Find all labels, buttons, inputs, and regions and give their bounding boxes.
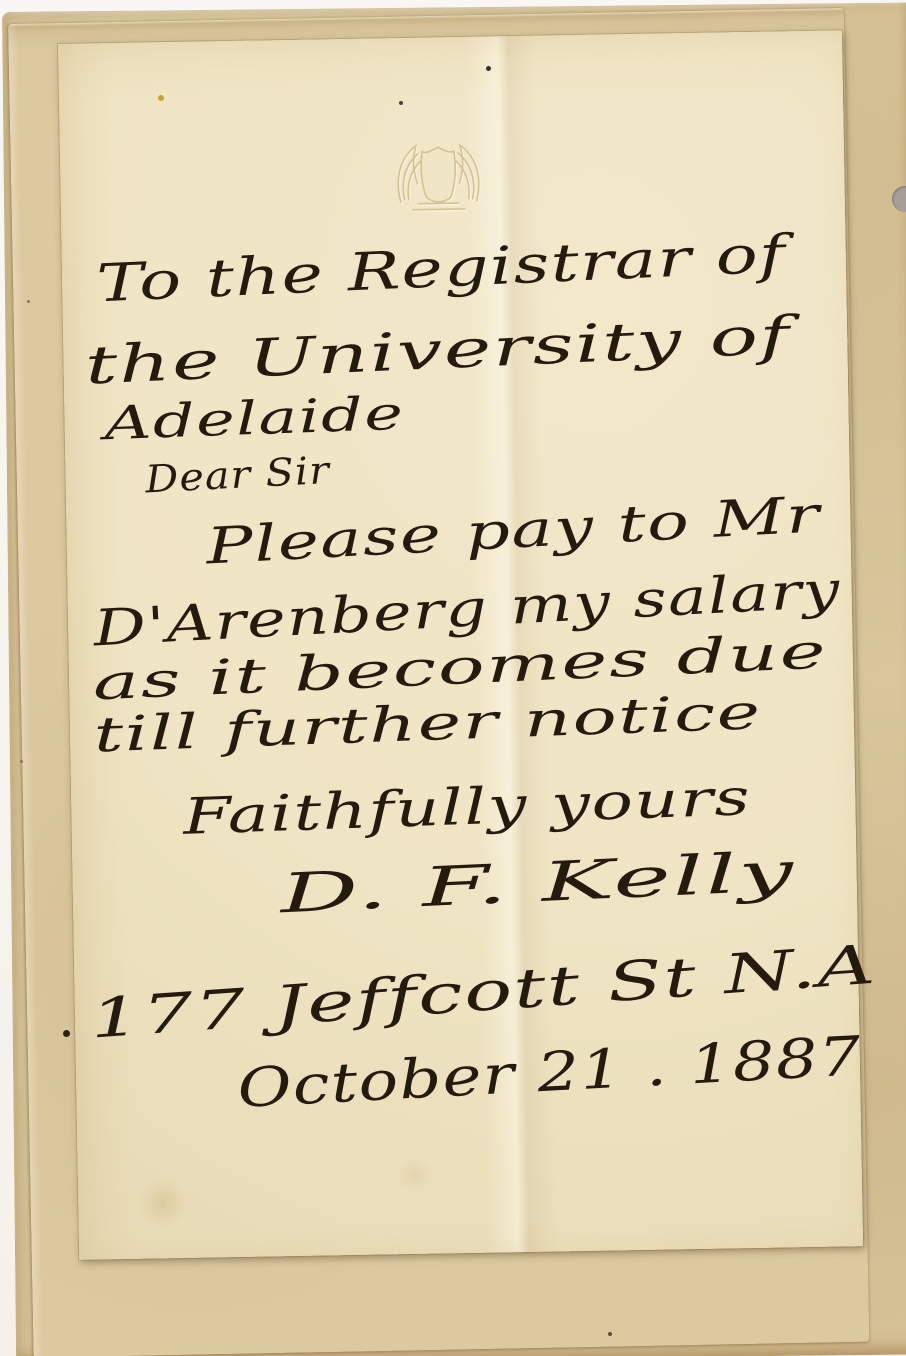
scanned-letter: To the Registrar of the University of Ad… bbox=[0, 0, 906, 1356]
paper-speck bbox=[158, 95, 164, 101]
closing: Faithfully yours bbox=[181, 768, 752, 846]
paper-speck bbox=[399, 101, 403, 105]
letter-page: To the Registrar of the University of Ad… bbox=[58, 30, 863, 1259]
ink-dot bbox=[63, 1030, 70, 1037]
date-line: October 21 . 1887 bbox=[236, 1024, 863, 1120]
recipient-line-2: the University of bbox=[84, 305, 802, 396]
paper-speck bbox=[20, 760, 23, 763]
signature: D. F. Kelly bbox=[277, 840, 797, 926]
recipient-line-3: Adelaide bbox=[98, 386, 405, 451]
paper-speck bbox=[486, 66, 491, 71]
salutation: Dear Sir bbox=[143, 448, 333, 502]
foxing-spot bbox=[395, 1160, 435, 1190]
foxing-spot bbox=[135, 1180, 191, 1226]
recipient-line-1: To the Registrar of bbox=[95, 224, 796, 314]
paper-speck bbox=[27, 300, 30, 303]
body-line-1: Please pay to Mr bbox=[203, 485, 824, 575]
paper-speck bbox=[608, 1332, 612, 1336]
